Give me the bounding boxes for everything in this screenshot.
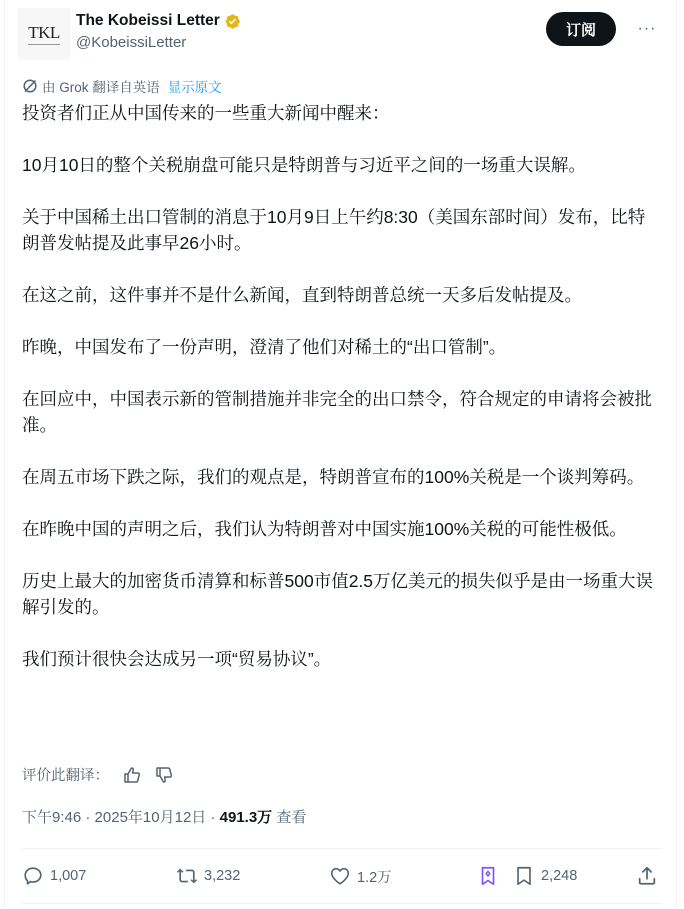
repost-button[interactable]: 3,232: [176, 858, 240, 894]
thumbs-up-icon[interactable]: [123, 766, 141, 784]
share-icon: [636, 865, 658, 887]
tweet-paragraph: 在回应中，中国表示新的管制措施并非完全的出口禁令，符合规定的申请将会被批准。: [22, 386, 658, 438]
divider-bottom: [22, 903, 662, 904]
tweet-paragraph: 在昨晚中国的声明之后，我们认为特朗普对中国实施100%关税的可能性极低。: [22, 516, 658, 542]
tweet-body: 投资者们正从中国传来的一些重大新闻中醒来： 10月10日的整个关税崩盘可能只是特…: [22, 100, 658, 698]
like-count: 1.2万: [357, 866, 392, 887]
translation-notice: 由 Grok 翻译自英语 显示原文: [22, 76, 222, 96]
action-bar: 1,007 3,232 1.2万 2,248: [22, 858, 658, 894]
extension-star-bookmark-icon: [477, 865, 499, 887]
bookmark-count: 2,248: [541, 868, 577, 884]
display-name-row[interactable]: The Kobeissi Letter: [76, 12, 241, 30]
avatar-logo-text: TKL: [28, 23, 60, 45]
views-label: 查看: [276, 809, 306, 826]
reply-count: 1,007: [50, 868, 86, 884]
translation-notice-text: 由 Grok 翻译自英语: [42, 76, 160, 96]
bookmark-icon: [513, 865, 535, 887]
grok-icon: [22, 78, 38, 94]
tweet-time[interactable]: 下午9:46: [22, 809, 81, 826]
meta-separator: ·: [81, 809, 94, 826]
verified-badge-icon: [224, 13, 241, 30]
tweet-paragraph: 历史上最大的加密货币清算和标普500市值2.5万亿美元的损失似乎是由一场重大误解…: [22, 568, 658, 620]
tweet-date[interactable]: 2025年10月12日: [95, 809, 207, 826]
extension-bookmark-button[interactable]: [477, 858, 499, 894]
show-original-link[interactable]: 显示原文: [168, 76, 222, 96]
tweet-header: TKL The Kobeissi Letter @KobeissiLetter …: [18, 8, 664, 64]
tweet-paragraph: 投资者们正从中国传来的一些重大新闻中醒来：: [22, 100, 658, 126]
more-options-icon[interactable]: ···: [634, 16, 660, 42]
repost-icon: [176, 865, 198, 887]
reply-icon: [22, 865, 44, 887]
share-button[interactable]: [636, 858, 658, 894]
divider-top: [22, 848, 662, 849]
rate-translation-row: 评价此翻译：: [22, 764, 173, 785]
author-handle[interactable]: @KobeissiLetter: [76, 34, 241, 51]
tweet-meta: 下午9:46 · 2025年10月12日 · 491.3万 查看: [22, 806, 306, 827]
reply-button[interactable]: 1,007: [22, 858, 86, 894]
views-count: 491.3万: [220, 809, 273, 826]
avatar[interactable]: TKL: [18, 8, 70, 60]
meta-separator: ·: [206, 809, 219, 826]
tweet-paragraph: 昨晚，中国发布了一份声明，澄清了他们对稀土的“出口管制”。: [22, 334, 658, 360]
author-names: The Kobeissi Letter @KobeissiLetter: [76, 12, 241, 51]
display-name[interactable]: The Kobeissi Letter: [76, 12, 220, 30]
heart-icon: [329, 865, 351, 887]
tweet-paragraph: 10月10日的整个关税崩盘可能只是特朗普与习近平之间的一场重大误解。: [22, 152, 658, 178]
tweet-paragraph: 我们预计很快会达成另一项“贸易协议”。: [22, 646, 658, 672]
subscribe-button[interactable]: 订阅: [546, 12, 616, 46]
tweet-paragraph: 关于中国稀土出口管制的消息于10月9日上午约8:30（美国东部时间）发布，比特朗…: [22, 204, 658, 256]
like-button[interactable]: 1.2万: [329, 858, 392, 894]
tweet-paragraph: 在这之前，这件事并不是什么新闻，直到特朗普总统一天多后发帖提及。: [22, 282, 658, 308]
rate-translation-label: 评价此翻译：: [22, 764, 109, 785]
bookmark-button[interactable]: 2,248: [513, 858, 577, 894]
thumbs-down-icon[interactable]: [155, 766, 173, 784]
repost-count: 3,232: [204, 868, 240, 884]
tweet-paragraph: 在周五市场下跌之际，我们的观点是，特朗普宣布的100%关税是一个谈判筹码。: [22, 464, 658, 490]
